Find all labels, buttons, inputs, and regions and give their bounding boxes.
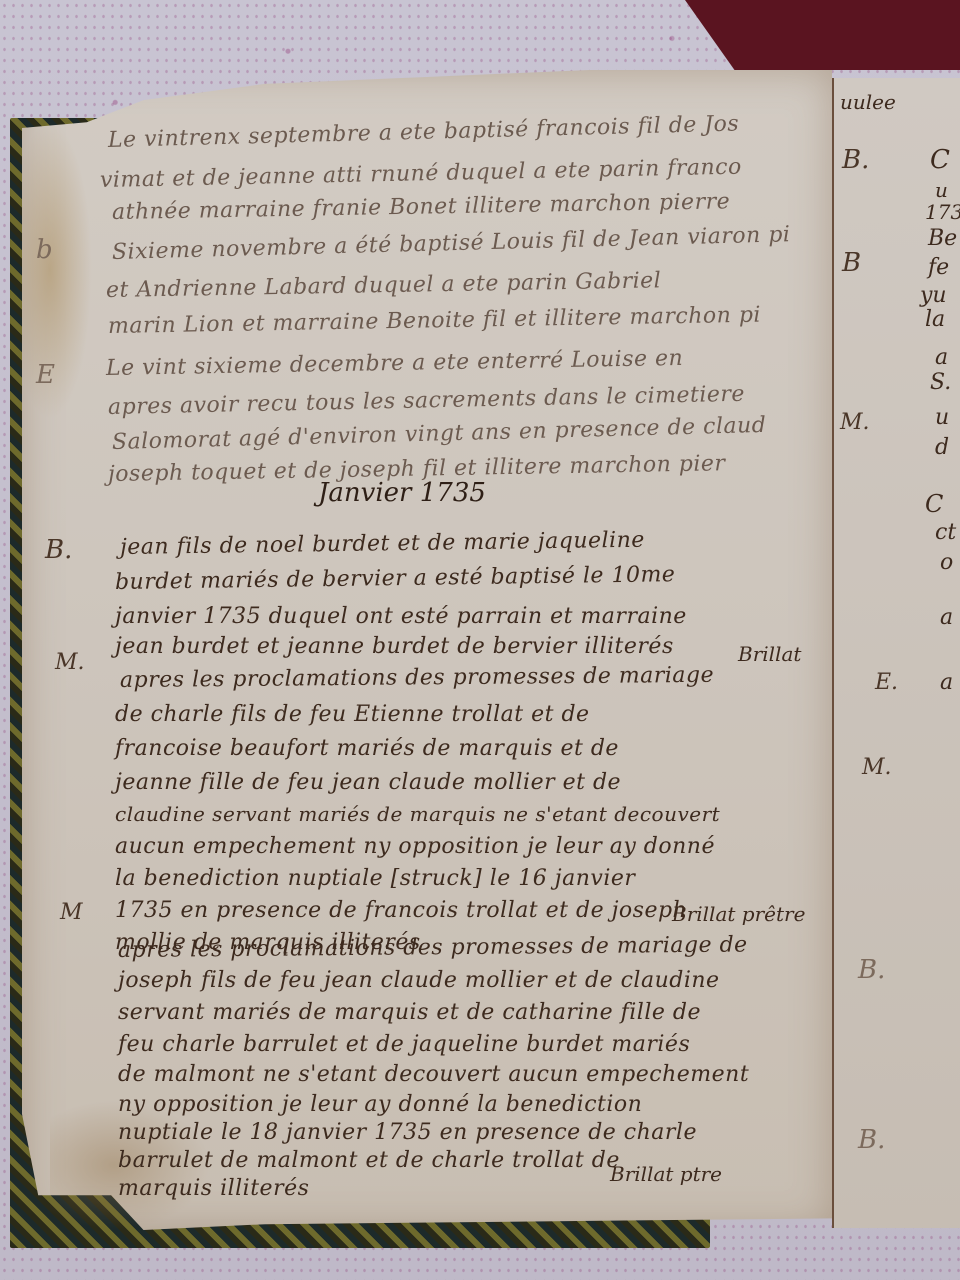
entry-line: feu charle barrulet et de jaqueline burd…	[118, 1032, 690, 1057]
margin-mark: b	[36, 235, 53, 265]
entry-line: jeanne fille de feu jean claude mollier …	[115, 770, 621, 795]
water-stain	[22, 120, 92, 420]
right-margin-mark: B.	[858, 955, 885, 985]
priest-signature: Brillat	[738, 642, 801, 666]
right-page-fragment: d	[935, 435, 949, 460]
entry-line: claudine servant mariés de marquis ne s'…	[115, 802, 720, 826]
right-page-fragment: 173	[925, 200, 960, 224]
right-margin-mark: B	[842, 248, 861, 278]
right-page-fragment: C	[925, 490, 943, 518]
entry-line: la benediction nuptiale [struck] le 16 j…	[115, 866, 635, 891]
entry-line: 1735 en presence de francois trollat et …	[115, 898, 687, 923]
right-page-fragment: uulee	[840, 90, 896, 114]
entry-line: aucun empechement ny opposition je leur …	[115, 834, 715, 859]
right-margin-mark: E.	[875, 670, 898, 695]
right-page-fragment: u	[935, 178, 948, 202]
entry-line: de malmont ne s'etant decouvert aucun em…	[118, 1062, 749, 1087]
right-margin-mark: B.	[842, 145, 869, 175]
margin-mark-marriage: M	[60, 900, 83, 925]
right-page-fragment: o	[940, 550, 953, 575]
entry-line: joseph fils de feu jean claude mollier e…	[118, 968, 720, 993]
right-margin-mark: M.	[840, 410, 870, 435]
right-page-fragment: ct	[935, 520, 956, 545]
right-page-fragment: u	[935, 405, 949, 430]
right-page-fragment: Be	[928, 226, 957, 251]
entry-line: de charle fils de feu Etienne trollat et…	[115, 702, 590, 727]
margin-mark: E	[36, 360, 55, 390]
section-heading-year: Janvier 1735	[318, 478, 486, 508]
entry-line: janvier 1735 duquel ont esté parrain et …	[115, 604, 687, 629]
right-page-fragment: a	[940, 670, 953, 695]
right-page-fragment: S.	[930, 370, 951, 395]
right-page-fragment: fe	[928, 255, 949, 280]
entry-line: nuptiale le 18 janvier 1735 en presence …	[118, 1120, 697, 1145]
entry-line: barrulet de malmont et de charle trollat…	[118, 1148, 620, 1173]
right-page-fragment: C	[930, 145, 950, 175]
right-margin-mark: M.	[862, 755, 892, 780]
entry-line: francoise beaufort mariés de marquis et …	[115, 736, 619, 761]
entry-line: jean burdet et jeanne burdet de bervier …	[115, 634, 674, 659]
right-page-fragment: la	[925, 307, 945, 332]
entry-line: marquis illiterés	[118, 1176, 309, 1201]
margin-mark-baptism: B.	[45, 535, 72, 565]
margin-mark-marriage: M.	[55, 650, 85, 675]
right-page-fragment: a	[935, 345, 948, 370]
priest-signature: Brillat prêtre	[672, 902, 805, 926]
right-page-fragment: yu	[920, 283, 947, 308]
entry-line: ny opposition je leur ay donné la benedi…	[118, 1092, 642, 1117]
priest-signature: Brillat ptre	[610, 1162, 722, 1186]
entry-line: apres les proclamations des promesses de…	[120, 663, 714, 693]
right-margin-mark: B.	[858, 1125, 885, 1155]
right-page-fragment: a	[940, 605, 953, 630]
entry-line: servant mariés de marquis et de catharin…	[118, 1000, 701, 1025]
